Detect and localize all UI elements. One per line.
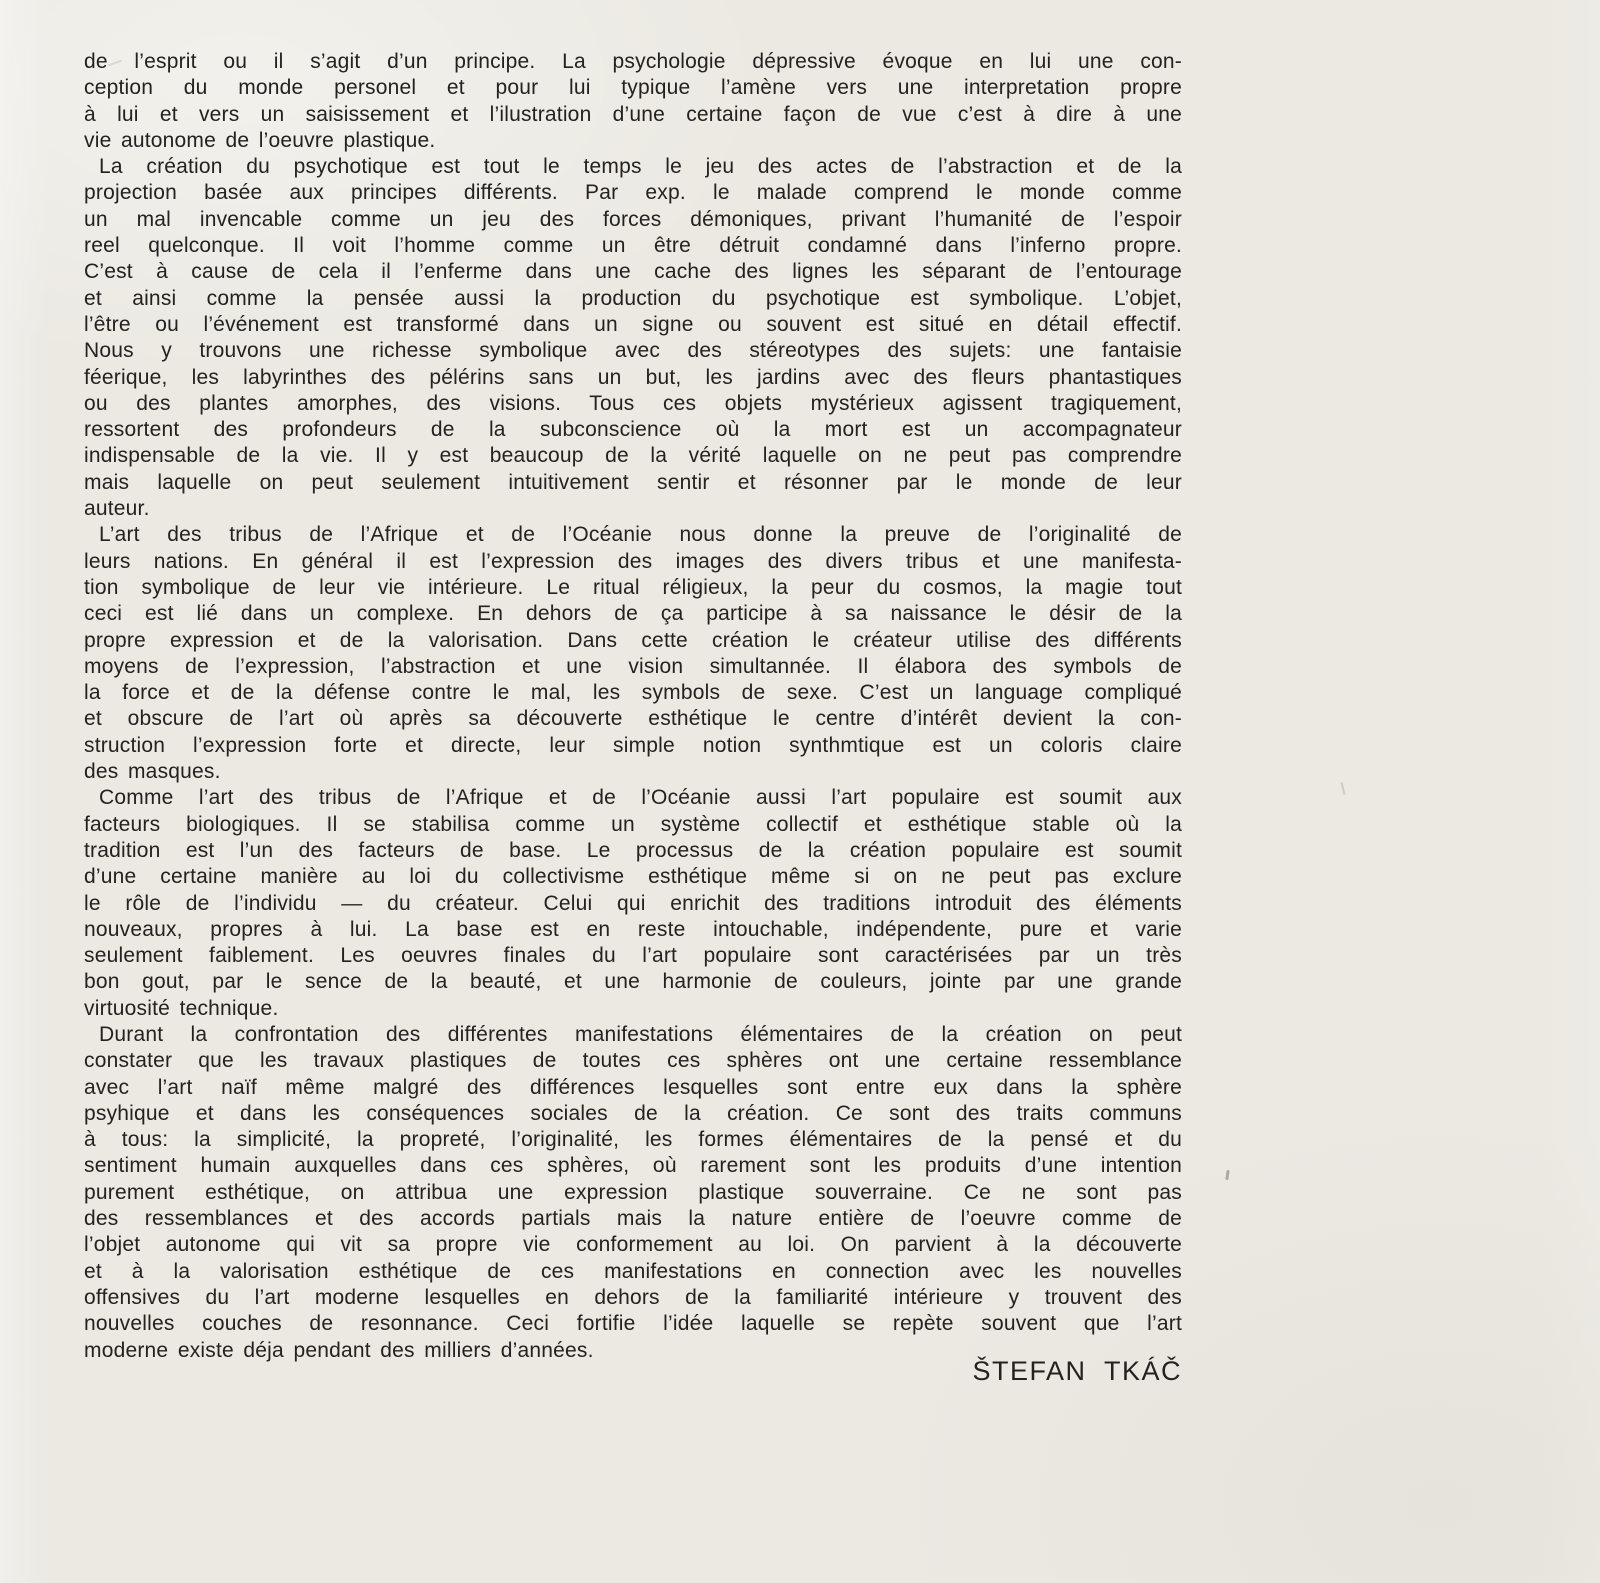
text-line: leurs nations. En général il est l’expre… [84,549,1182,575]
text-line: des ressemblances et des accords partial… [84,1206,1182,1232]
text-line: féerique, les labyrinthes des pélérins s… [84,365,1182,391]
text-line: constater que les travaux plastiques de … [84,1048,1182,1074]
text-line: l’objet autonome qui vit sa propre vie c… [84,1232,1182,1258]
scanned-document-page: de l’esprit ou il s’agit d’un principe. … [0,0,1600,1583]
paragraph: L’art des tribus de l’Afrique et de l’Oc… [84,522,1182,785]
text-line: nouveaux, propres à lui. La base est en … [84,917,1182,943]
text-line: propre expression et de la valorisation.… [84,628,1182,654]
paragraph: de l’esprit ou il s’agit d’un principe. … [84,49,1182,154]
text-line: seulement faiblement. Les oeuvres finale… [84,943,1182,969]
text-line: et ainsi comme la pensée aussi la produc… [84,286,1182,312]
text-line: ou des plantes amorphes, des visions. To… [84,391,1182,417]
text-line: struction l’expression forte et directe,… [84,733,1182,759]
text-column: de l’esprit ou il s’agit d’un principe. … [84,49,1182,1364]
text-line: tradition est l’un des facteurs de base.… [84,838,1182,864]
text-line: et à la valorisation esthétique de ces m… [84,1259,1182,1285]
text-line: indispensable de la vie. Il y est beauco… [84,443,1182,469]
text-line: de l’esprit ou il s’agit d’un principe. … [84,49,1182,75]
paragraph: La création du psychotique est tout le t… [84,154,1182,522]
text-line: C’est à cause de cela il l’enferme dans … [84,259,1182,285]
author-signature: ŠTEFAN TKÁČ [84,1356,1182,1387]
text-line: bon gout, par le sence de la beauté, et … [84,969,1182,995]
text-line: nouvelles couches de resonnance. Ceci fo… [84,1311,1182,1337]
paragraph: Durant la confrontation des différentes … [84,1022,1182,1364]
scan-speck [1225,1170,1229,1180]
text-line: Comme l’art des tribus de l’Afrique et d… [84,785,1182,811]
scan-speck [1340,782,1345,795]
text-line: facteurs biologiques. Il se stabilisa co… [84,812,1182,838]
text-line: psyhique et dans les conséquences social… [84,1101,1182,1127]
text-line: à tous: la simplicité, la propreté, l’or… [84,1127,1182,1153]
text-line: projection basée aux principes différent… [84,180,1182,206]
text-line: moyens de l’expression, l’abstraction et… [84,654,1182,680]
text-line: tion symbolique de leur vie intérieure. … [84,575,1182,601]
text-line: purement esthétique, on attribua une exp… [84,1180,1182,1206]
text-line: ception du monde personel et pour lui ty… [84,75,1182,101]
text-line: le rôle de l’individu — du créateur. Cel… [84,891,1182,917]
paragraph: Comme l’art des tribus de l’Afrique et d… [84,785,1182,1022]
text-line: des masques. [84,759,1182,785]
text-line: un mal invencable comme un jeu des force… [84,207,1182,233]
text-line: auteur. [84,496,1182,522]
text-line: avec l’art naïf même malgré des différen… [84,1075,1182,1101]
text-line: à lui et vers un saisissement et l’ilust… [84,102,1182,128]
text-line: et obscure de l’art où après sa découver… [84,706,1182,732]
text-line: mais laquelle on peut seulement intuitiv… [84,470,1182,496]
text-line: Durant la confrontation des différentes … [84,1022,1182,1048]
text-line: offensives du l’art moderne lesquelles e… [84,1285,1182,1311]
text-line: sentiment humain auxquelles dans ces sph… [84,1153,1182,1179]
text-line: virtuosité technique. [84,996,1182,1022]
text-line: La création du psychotique est tout le t… [84,154,1182,180]
text-line: d’une certaine manière au loi du collect… [84,864,1182,890]
text-line: ceci est lié dans un complexe. En dehors… [84,601,1182,627]
text-line: Nous y trouvons une richesse symbolique … [84,338,1182,364]
text-line: l’être ou l’événement est transformé dan… [84,312,1182,338]
text-line: la force et de la défense contre le mal,… [84,680,1182,706]
text-line: vie autonome de l’oeuvre plastique. [84,128,1182,154]
text-line: reel quelconque. Il voit l’homme comme u… [84,233,1182,259]
text-line: ressortent des profondeurs de la subcons… [84,417,1182,443]
text-line: L’art des tribus de l’Afrique et de l’Oc… [84,522,1182,548]
